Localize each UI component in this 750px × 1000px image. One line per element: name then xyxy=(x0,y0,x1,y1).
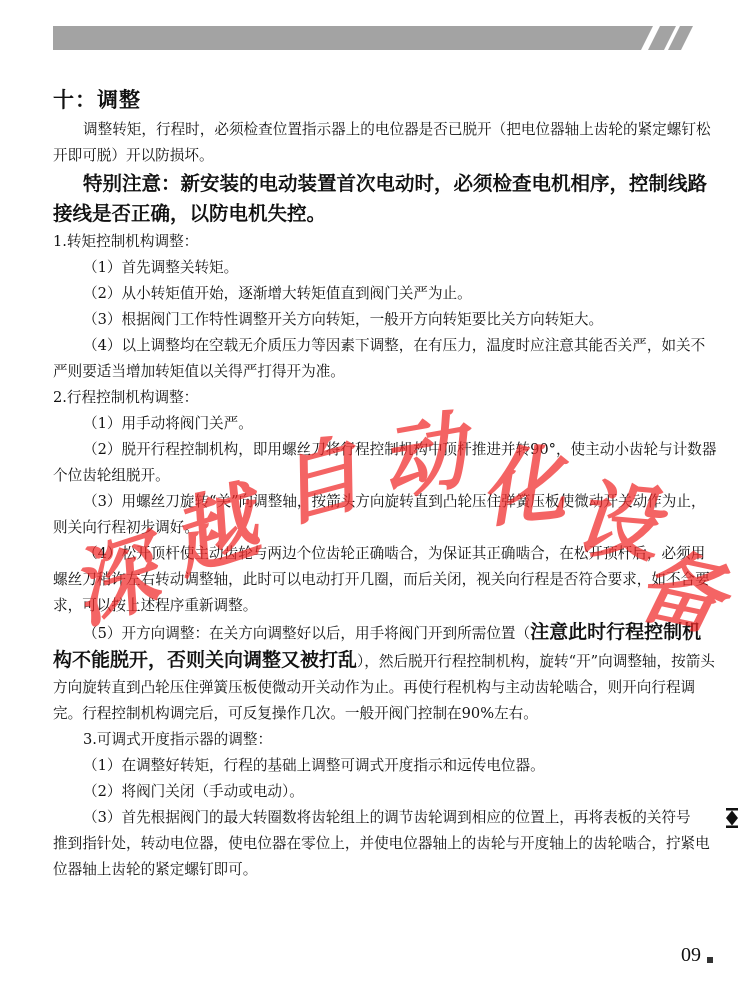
stroke-item-2: （2）脱开行程控制机构，即用螺丝刀将行程控制机构中顶杆推进并转90°，使主动小齿… xyxy=(53,437,718,489)
header-bar xyxy=(53,26,693,50)
torque-item-4: （4）以上调整均在空载无介质压力等因素下调整，在有压力，温度时应注意其能否关严，… xyxy=(53,333,718,385)
stroke-item-1: （1）用手动将阀门关严。 xyxy=(53,411,718,437)
stroke-item-5: （5）开方向调整：在关方向调整好以后，用手将阀门开到所需位置（注意此时行程控制机… xyxy=(53,619,718,727)
stroke-heading: 2.行程控制机构调整： xyxy=(53,385,718,411)
page-number: 09 xyxy=(681,944,701,967)
torque-item-3: （3）根据阀门工作特性调整开关方向转矩，一般开方向转矩要比关方向转矩大。 xyxy=(53,307,728,333)
torque-heading: 1.转矩控制机构调整： xyxy=(53,229,718,255)
indicator-item-3: （3）首先根据阀门的最大转圈数将齿轮组上的调节齿轮调到相应的位置上，再将表板的关… xyxy=(53,805,718,883)
document-body: 调整转矩，行程时，必须检查位置指示器上的电位器是否已脱开（把电位器轴上齿轮的紧定… xyxy=(53,117,718,883)
indicator-item-3-end: 推到指针处，转动电位器，使电位器在零位上，并使电位器轴上的齿轮与开度轴上的齿轮啮… xyxy=(53,835,710,878)
indicator-heading: 3.可调式开度指示器的调整： xyxy=(53,727,718,753)
indicator-item-3-start: （3）首先根据阀门的最大转圈数将齿轮组上的调节齿轮调到相应的位置上，再将表板的关… xyxy=(83,809,691,826)
section-title: 十：调整 xyxy=(53,84,141,114)
stroke-item-4: （4）松开顶杆使主动齿轮与两边个位齿轮正确啮合，为保证其正确啮合，在松开顶杆后，… xyxy=(53,541,718,619)
warning-paragraph: 特别注意：新安装的电动装置首次电动时，必须检查电机相序，控制线路接线是否正确，以… xyxy=(53,169,718,229)
close-symbol-icon xyxy=(695,808,709,828)
stroke-item-5-start: （5）开方向调整：在关方向调整好以后，用手将阀门开到所需位置（ xyxy=(83,625,530,642)
page-corner-mark-icon xyxy=(707,957,713,963)
torque-item-2: （2）从小转矩值开始，逐渐增大转矩值直到阀门关严为止。 xyxy=(53,281,718,307)
torque-item-1: （1）首先调整关转矩。 xyxy=(53,255,718,281)
indicator-item-2: （2）将阀门关闭（手动或电动）。 xyxy=(53,779,718,805)
indicator-item-1: （1）在调整好转矩，行程的基础上调整可调式开度指示和远传电位器。 xyxy=(53,753,718,779)
stroke-item-3: （3）用螺丝刀旋转“关”向调整轴，按箭头方向旋转直到凸轮压住弹簧压板使微动开关动… xyxy=(53,489,718,541)
intro-paragraph: 调整转矩，行程时，必须检查位置指示器上的电位器是否已脱开（把电位器轴上齿轮的紧定… xyxy=(53,117,718,169)
